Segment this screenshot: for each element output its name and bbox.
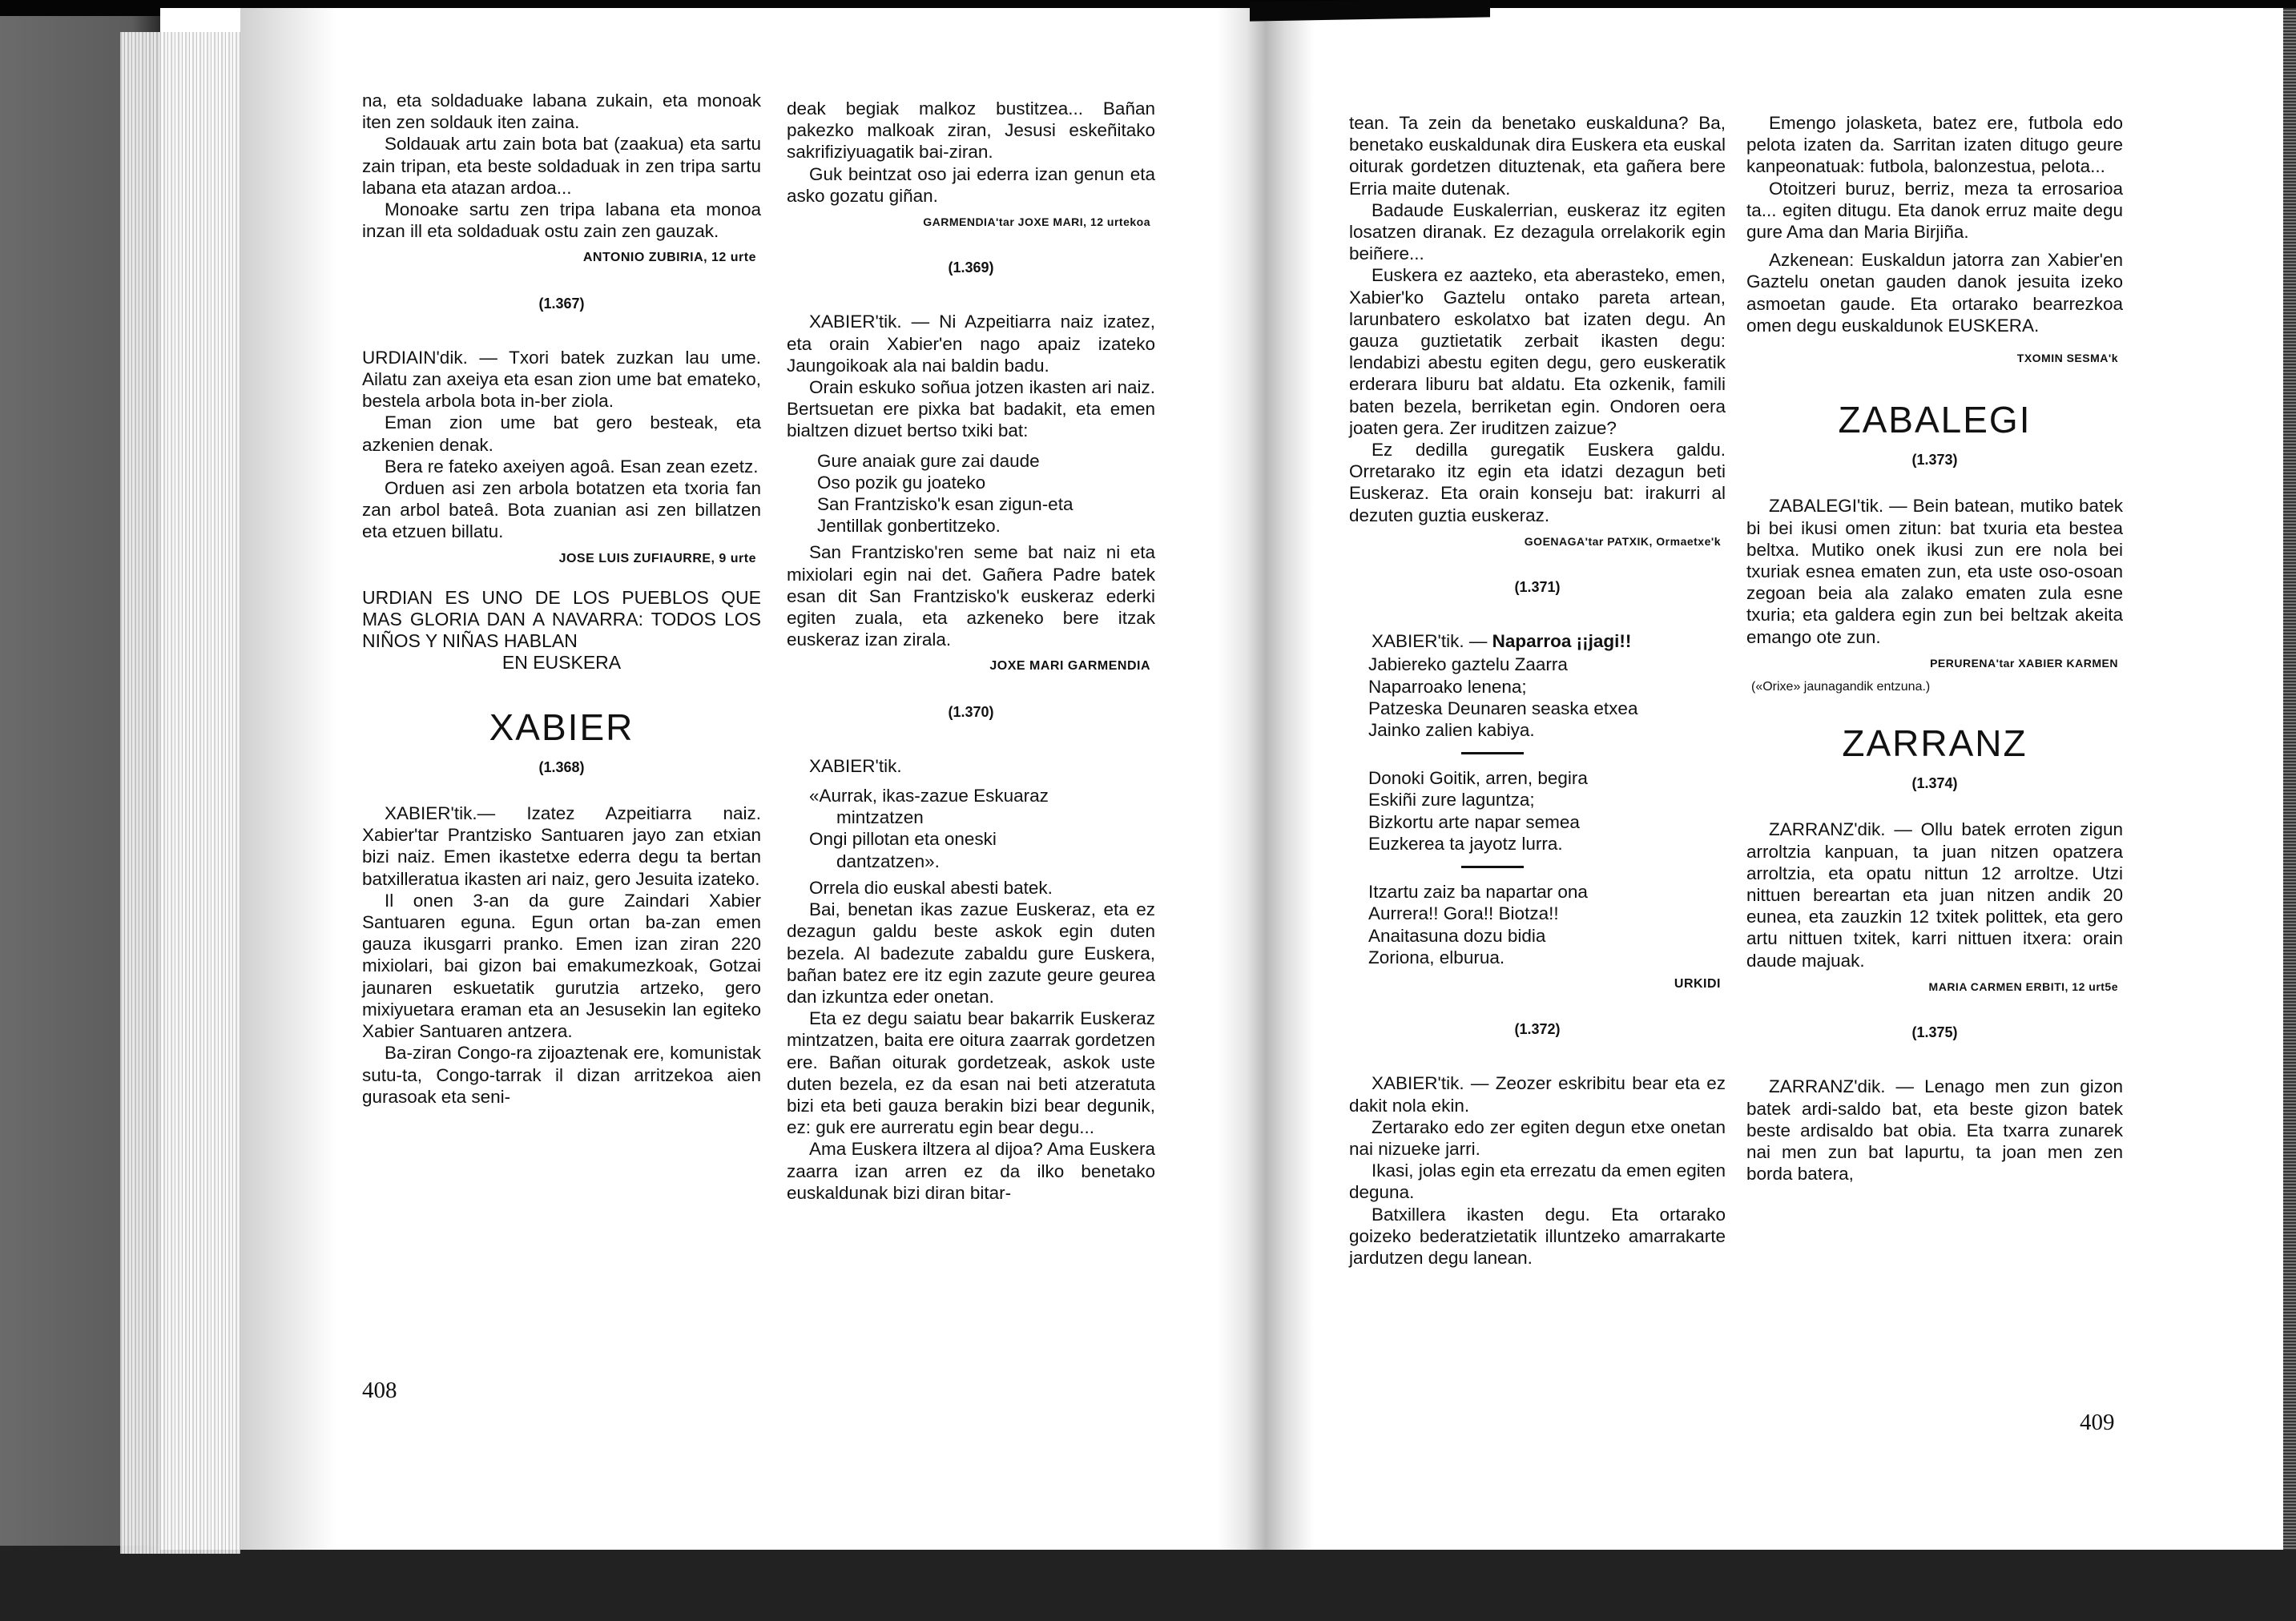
left-page-column-1: na, eta soldaduake labana zukain, eta mo… bbox=[362, 90, 761, 1108]
paragraph: Eta ez degu saiatu bear bakarrik Euskera… bbox=[787, 1008, 1155, 1138]
page-edge-shadow bbox=[240, 8, 336, 1550]
scanner-background-bottom bbox=[0, 1546, 2296, 1621]
right-page-edge bbox=[2283, 8, 2296, 1550]
verse-line: San Frantzisko'k esan zigun-eta bbox=[817, 493, 1155, 515]
paragraph: Orain eskuko soñua jotzen ikasten ari na… bbox=[787, 376, 1155, 442]
verse-line: «Aurrak, ikas-zazue Eskuaraz bbox=[809, 785, 1155, 806]
paragraph: Emengo jolasketa, batez ere, futbola edo… bbox=[1746, 112, 2123, 178]
entry-number: (1.375) bbox=[1746, 1022, 2123, 1044]
verse-line: Eskiñi zure laguntza; bbox=[1368, 789, 1726, 810]
paragraph: XABIER'tik.— Izatez Azpeitiarra naiz. Xa… bbox=[362, 802, 761, 890]
verse: Donoki Goitik, arren, begira Eskiñi zure… bbox=[1349, 767, 1726, 855]
paragraph: Bai, benetan ikas zazue Euskeraz, eta ez… bbox=[787, 899, 1155, 1008]
verse-line: Zoriona, elburua. bbox=[1368, 947, 1726, 968]
verse: «Aurrak, ikas-zazue Eskuaraz mintzatzen … bbox=[787, 785, 1155, 872]
poem-title: Naparroa ¡¡jagi!! bbox=[1492, 631, 1632, 651]
section-heading-xabier: XABIER bbox=[362, 706, 761, 749]
editorial-note-caps: URDIAN ES UNO DE LOS PUEBLOS QUE MAS GLO… bbox=[362, 587, 761, 674]
verse-line: Jainko zalien kabiya. bbox=[1368, 719, 1726, 741]
entry-number: (1.367) bbox=[362, 293, 761, 315]
verse-line: Itzartu zaiz ba napartar ona bbox=[1368, 881, 1726, 903]
verse: Gure anaiak gure zai daude Oso pozik gu … bbox=[787, 450, 1155, 537]
verse-divider bbox=[1461, 866, 1524, 868]
entry-number: (1.369) bbox=[787, 257, 1155, 279]
paragraph: deak begiak malkoz bustitzea... Bañan pa… bbox=[787, 98, 1155, 163]
entry-number: (1.373) bbox=[1746, 449, 2123, 471]
verse-line: mintzatzen bbox=[809, 806, 1155, 828]
author-signature: JOSE LUIS ZUFIAURRE, 9 urte bbox=[362, 548, 761, 569]
verse-line: Jentillak gonbertitzeko. bbox=[817, 515, 1155, 537]
paragraph: URDIAIN'dik. — Txori batek zuzkan lau um… bbox=[362, 347, 761, 412]
paragraph: XABIER'tik. — Ni Azpeitiarra naiz izatez… bbox=[787, 311, 1155, 376]
entry-number: (1.374) bbox=[1746, 773, 2123, 794]
paragraph: ZABALEGI'tik. — Bein batean, mutiko bate… bbox=[1746, 495, 2123, 647]
author-signature: MARIA CARMEN ERBITI, 12 urt5e bbox=[1746, 976, 2123, 998]
verse-line: dantzatzen». bbox=[809, 851, 1155, 872]
entry-number: (1.368) bbox=[362, 757, 761, 778]
editorial-note-text: URDIAN ES UNO DE LOS PUEBLOS QUE MAS GLO… bbox=[362, 587, 761, 652]
paragraph: ZARRANZ'dik. — Lenago men zun gizon bate… bbox=[1746, 1076, 2123, 1185]
paragraph: Azkenean: Euskaldun jatorra zan Xabier'e… bbox=[1746, 249, 2123, 336]
paragraph-prefix: XABIER'tik. — bbox=[1372, 631, 1492, 651]
paragraph: Orrela dio euskal abesti batek. bbox=[787, 877, 1155, 899]
verse: Itzartu zaiz ba napartar ona Aurrera!! G… bbox=[1349, 881, 1726, 968]
paragraph: Ba-ziran Congo-ra zijoaztenak ere, komun… bbox=[362, 1042, 761, 1108]
paragraph: Euskera ez aazteko, eta aberasteko, emen… bbox=[1349, 264, 1726, 439]
paragraph: Eman zion ume bat gero besteak, eta azke… bbox=[362, 412, 761, 455]
paragraph: na, eta soldaduake labana zukain, eta mo… bbox=[362, 90, 761, 133]
page-number-right: 409 bbox=[2080, 1410, 2115, 1436]
paragraph: Guk beintzat oso jai ederra izan genun e… bbox=[787, 163, 1155, 207]
verse-divider bbox=[1461, 752, 1524, 754]
source-note: («Orixe» jaunagandik entzuna.) bbox=[1746, 676, 2123, 698]
verse-line: Gure anaiak gure zai daude bbox=[817, 450, 1155, 472]
author-signature: GOENAGA'tar PATXIK, Ormaetxe'k bbox=[1349, 531, 1726, 553]
verse: Jabiereko gaztelu Zaarra Naparroako lene… bbox=[1349, 654, 1726, 741]
verse-line: Patzeska Deunaren seaska etxea bbox=[1368, 698, 1726, 719]
verse-line: Naparroako lenena; bbox=[1368, 676, 1726, 698]
paragraph: Zertarako edo zer egiten degun etxe onet… bbox=[1349, 1116, 1726, 1160]
right-page-column-1: tean. Ta zein da benetako euskalduna? Ba… bbox=[1349, 112, 1726, 1269]
paragraph: Soldauak artu zain bota bat (zaakua) eta… bbox=[362, 133, 761, 199]
right-page-column-2: Emengo jolasketa, batez ere, futbola edo… bbox=[1746, 112, 2123, 1185]
author-signature: GARMENDIA'tar JOXE MARI, 12 urtekoa bbox=[787, 211, 1155, 233]
page-edges-stack bbox=[120, 32, 240, 1554]
left-page-column-2: deak begiak malkoz bustitzea... Bañan pa… bbox=[787, 98, 1155, 1204]
paragraph: Batxillera ikasten degu. Eta ortarako go… bbox=[1349, 1204, 1726, 1269]
paragraph: Orduen asi zen arbola botatzen eta txori… bbox=[362, 477, 761, 543]
verse-line: Donoki Goitik, arren, begira bbox=[1368, 767, 1726, 789]
author-signature: PERURENA'tar XABIER KARMEN bbox=[1746, 653, 2123, 674]
editorial-note-last-line: EN EUSKERA bbox=[362, 652, 761, 674]
verse-line: Ongi pillotan eta oneski bbox=[809, 828, 1155, 850]
section-heading-zarranz: ZARRANZ bbox=[1746, 722, 2123, 765]
verse-line: Jabiereko gaztelu Zaarra bbox=[1368, 654, 1726, 675]
paragraph: XABIER'tik. — Zeozer eskribitu bear eta … bbox=[1349, 1072, 1726, 1116]
author-signature: JOXE MARI GARMENDIA bbox=[787, 655, 1155, 677]
paragraph: Bera re fateko axeiyen agoâ. Esan zean e… bbox=[362, 456, 761, 477]
section-heading-zabalegi: ZABALEGI bbox=[1746, 398, 2123, 441]
author-signature: URKIDI bbox=[1349, 973, 1726, 995]
entry-number: (1.372) bbox=[1349, 1019, 1726, 1040]
paragraph: Il onen 3-an da gure Zaindari Xabier San… bbox=[362, 890, 761, 1042]
author-signature: ANTONIO ZUBIRIA, 12 urte bbox=[362, 247, 761, 268]
paragraph: Ikasi, jolas egin eta errezatu da emen e… bbox=[1349, 1160, 1726, 1203]
entry-number: (1.371) bbox=[1349, 577, 1726, 598]
paragraph: Monoake sartu zen tripa labana eta monoa… bbox=[362, 199, 761, 242]
book-gutter bbox=[1218, 8, 1314, 1550]
verse-line: Euzkerea ta jayotz lurra. bbox=[1368, 833, 1726, 855]
author-signature: TXOMIN SESMA'k bbox=[1746, 348, 2123, 369]
paragraph: XABIER'tik. — Naparroa ¡¡jagi!! bbox=[1349, 630, 1726, 652]
paragraph: Ama Euskera iltzera al dijoa? Ama Eusker… bbox=[787, 1138, 1155, 1204]
verse-line: Bizkortu arte napar semea bbox=[1368, 811, 1726, 833]
paragraph: XABIER'tik. bbox=[787, 755, 1155, 777]
verse-line: Anaitasuna dozu bidia bbox=[1368, 925, 1726, 947]
verse-line: Aurrera!! Gora!! Biotza!! bbox=[1368, 903, 1726, 924]
paragraph: Otoitzeri buruz, berriz, meza ta errosar… bbox=[1746, 178, 2123, 243]
entry-number: (1.370) bbox=[787, 702, 1155, 723]
verse-line: Oso pozik gu joateko bbox=[817, 472, 1155, 493]
paragraph: Badaude Euskalerrian, euskeraz itz egite… bbox=[1349, 199, 1726, 265]
paragraph: San Frantzisko'ren seme bat naiz ni eta … bbox=[787, 541, 1155, 650]
paragraph: ZARRANZ'dik. — Ollu batek erroten zigun … bbox=[1746, 819, 2123, 971]
page-number-left: 408 bbox=[362, 1378, 397, 1404]
paragraph: tean. Ta zein da benetako euskalduna? Ba… bbox=[1349, 112, 1726, 199]
paragraph: Ez dedilla guregatik Euskera galdu. Orre… bbox=[1349, 439, 1726, 526]
